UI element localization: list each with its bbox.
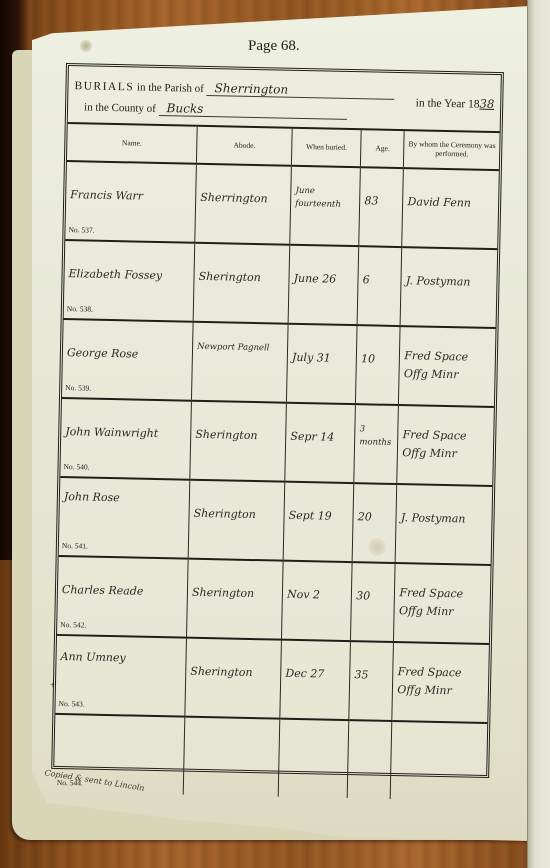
officiant-cell: David Fenn: [402, 168, 499, 249]
county-value: Bucks: [158, 101, 346, 120]
entry-abode: Sherington: [195, 428, 257, 442]
table-row: John WainwrightNo. 540. Sherington Sepr …: [60, 398, 494, 486]
table-row: Ann UmneyNo. 543. Sherington Dec 27 35 F…: [55, 635, 489, 723]
register-header: BURIALS in the Parish of Sherrington in …: [68, 66, 501, 133]
table-row: George RoseNo. 539. Newport Pagnell July…: [62, 319, 496, 407]
age-cell: 20: [352, 483, 397, 563]
burials-heading: BURIALS: [74, 80, 134, 93]
entry-age: 3 months: [359, 423, 398, 449]
entry-name: Charles Reade: [62, 583, 144, 598]
year-label: in the Year 18: [416, 97, 480, 110]
officiant-cell: Fred Space Offg Minr: [399, 326, 496, 407]
table-row: John RoseNo. 541. Sherington Sept 19 20 …: [59, 477, 493, 565]
entry-number: No. 540.: [63, 462, 89, 472]
column-header-abode: Abode.: [197, 127, 293, 166]
entry-officiant: Fred Space Offg Minr: [399, 584, 490, 621]
facing-page-edge: [527, 0, 550, 868]
stain-spot: [80, 40, 92, 52]
entry-number: No. 538.: [67, 304, 93, 314]
abode-cell: Newport Pagnell: [192, 322, 289, 403]
column-header-when-buried: When buried.: [292, 129, 362, 167]
entry-name: Ann Umney: [60, 650, 125, 664]
when-buried-cell: Dec 27: [280, 640, 351, 720]
age-cell: 83: [359, 167, 404, 247]
abode-cell: [183, 717, 280, 797]
table-row: Francis WarrNo. 537. Sherrington June fo…: [65, 161, 499, 249]
entry-officiant: Fred Space Offg Minr: [404, 347, 495, 384]
entry-age: 83: [364, 194, 378, 207]
officiant-cell: Fred Space Offg Minr: [392, 642, 489, 723]
name-cell: Francis WarrNo. 537.: [65, 161, 196, 243]
parish-value: Sherrington: [206, 81, 394, 100]
entry-abode: Sherrington: [200, 191, 268, 205]
entry-abode: Sherington: [194, 507, 256, 521]
entry-abode: Sherington: [199, 270, 261, 284]
name-cell: George RoseNo. 539.: [62, 319, 193, 401]
table-row: Elizabeth FosseyNo. 538. Sherington June…: [64, 240, 498, 328]
parish-label: in the Parish of: [137, 81, 204, 94]
entry-name: John Rose: [64, 490, 120, 504]
when-buried-cell: [278, 719, 349, 798]
column-header-officiant: By whom the Ceremony was performed.: [404, 131, 500, 170]
year-line: in the Year 1838: [416, 95, 495, 111]
officiant-cell: Fred Space Offg Minr: [394, 563, 491, 644]
name-cell: John WainwrightNo. 540.: [60, 398, 191, 480]
entry-abode: Sherington: [190, 665, 252, 679]
abode-cell: Sherington: [193, 243, 290, 324]
name-cell: Elizabeth FosseyNo. 538.: [64, 240, 195, 322]
entry-age: 35: [354, 668, 368, 681]
when-buried-cell: June fourteenth: [290, 166, 361, 246]
abode-cell: Sherington: [188, 480, 285, 561]
officiant-cell: Fred Space Offg Minr: [397, 405, 494, 486]
age-cell: 3 months: [354, 404, 399, 484]
burial-register-form: BURIALS in the Parish of Sherrington in …: [51, 63, 504, 778]
officiant-cell: [391, 721, 488, 801]
entry-officiant: J. Postyman: [406, 274, 471, 288]
entry-when-buried: Sepr 14: [290, 430, 334, 444]
entry-age: 30: [356, 589, 370, 602]
entry-name: John Wainwright: [65, 425, 158, 440]
entry-number: No. 542.: [60, 620, 86, 630]
abode-cell: Sherington: [187, 559, 284, 640]
name-cell: Ann UmneyNo. 543.: [55, 635, 186, 717]
entry-age: 6: [363, 273, 370, 286]
entry-when-buried: Dec 27: [285, 667, 324, 681]
abode-cell: Sherington: [190, 401, 287, 482]
county-label: in the County of: [84, 101, 156, 115]
age-cell: 10: [356, 325, 401, 405]
age-cell: [347, 720, 392, 799]
page-number-title: Page 68.: [248, 38, 300, 55]
entry-number: No. 541.: [62, 541, 88, 551]
entry-when-buried: June fourteenth: [295, 185, 360, 212]
age-cell: 6: [357, 246, 402, 326]
entry-when-buried: July 31: [292, 351, 331, 365]
age-cell: 30: [351, 562, 396, 642]
column-header-age: Age.: [361, 130, 405, 168]
entry-officiant: Fred Space Offg Minr: [402, 426, 493, 463]
county-line: in the County of Bucks: [84, 99, 347, 119]
entry-age: 20: [358, 510, 372, 523]
name-cell: John RoseNo. 541.: [59, 477, 190, 559]
entry-when-buried: Sept 19: [289, 509, 332, 523]
officiant-cell: J. Postyman: [400, 247, 497, 328]
entry-name: Elizabeth Fossey: [68, 267, 162, 282]
entry-abode: Newport Pagnell: [197, 341, 270, 355]
entry-officiant: David Fenn: [407, 195, 471, 209]
entry-officiant: Fred Space Offg Minr: [397, 663, 488, 700]
entry-officiant: J. Postyman: [401, 511, 466, 525]
entry-when-buried: Nov 2: [287, 588, 320, 602]
when-buried-cell: Nov 2: [282, 561, 353, 641]
margin-cross-mark: +: [50, 680, 55, 690]
entry-number: No. 537.: [68, 225, 94, 235]
when-buried-cell: Sept 19: [283, 482, 354, 562]
age-cell: 35: [349, 641, 394, 721]
table-row: Charles ReadeNo. 542. Sherington Nov 2 3…: [57, 556, 491, 644]
entry-number: No. 539.: [65, 383, 91, 393]
entry-number: No. 543.: [58, 699, 84, 709]
when-buried-cell: Sepr 14: [285, 403, 356, 483]
abode-cell: Sherington: [185, 638, 282, 719]
when-buried-cell: July 31: [287, 324, 358, 404]
when-buried-cell: June 26: [288, 245, 359, 325]
entry-abode: Sherington: [192, 586, 254, 600]
column-header-name: Name.: [67, 124, 197, 164]
entry-when-buried: June 26: [294, 272, 337, 286]
year-value: 38: [479, 97, 494, 111]
parish-line: BURIALS in the Parish of Sherrington: [74, 78, 394, 100]
burials-table: Name. Abode. When buried. Age. By whom t…: [54, 124, 500, 801]
name-cell: Charles ReadeNo. 542.: [57, 556, 188, 638]
abode-cell: Sherrington: [195, 164, 292, 245]
entry-name: George Rose: [67, 346, 139, 360]
officiant-cell: J. Postyman: [396, 484, 493, 565]
entry-age: 10: [361, 352, 375, 365]
entry-name: Francis Warr: [70, 188, 143, 203]
